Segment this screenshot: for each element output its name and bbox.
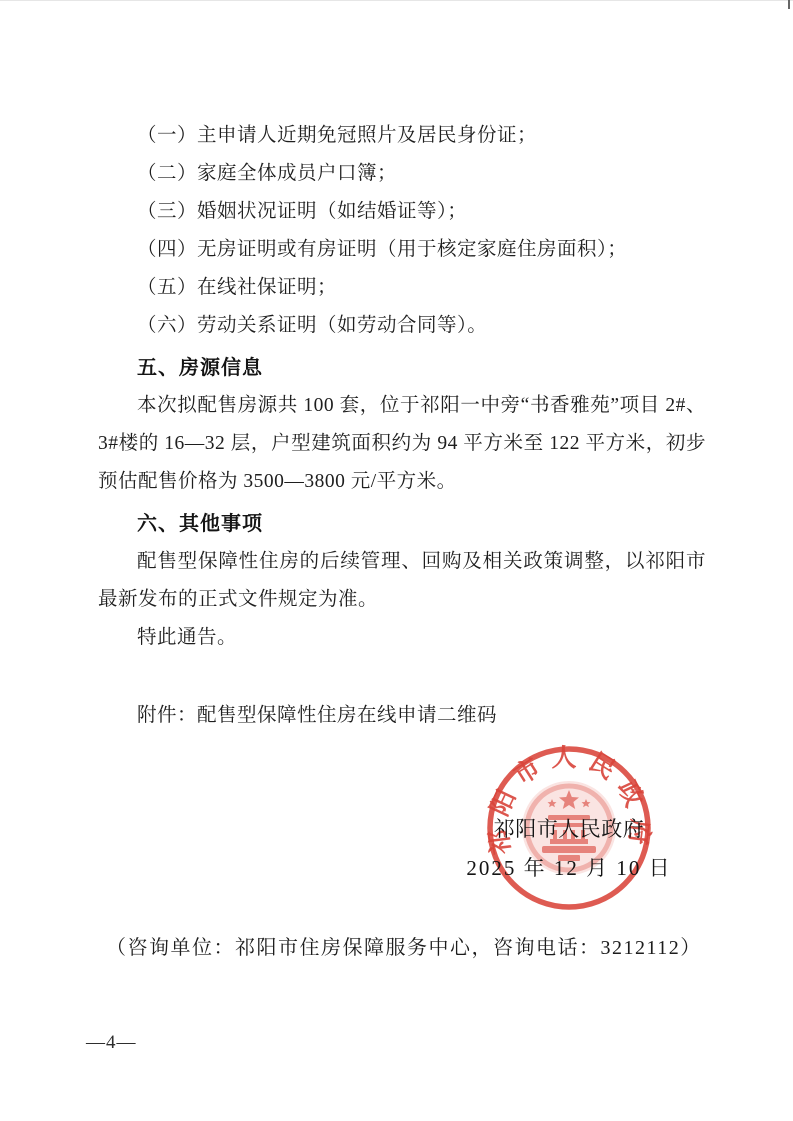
- attachment-label: 附件：配售型保障性住房在线申请二维码: [98, 697, 706, 735]
- requirement-item-3: （三）婚姻状况证明（如结婚证等）；: [98, 193, 706, 231]
- requirement-item-5: （五）在线社保证明；: [98, 269, 706, 307]
- requirement-item-1: （一）主申请人近期免冠照片及居民身份证；: [98, 117, 706, 155]
- requirement-item-4: （四）无房证明或有房证明（用于核定家庭住房面积）；: [98, 231, 706, 269]
- requirement-item-2: （二）家庭全体成员户口簿；: [98, 155, 706, 193]
- requirement-item-6: （六）劳动关系证明（如劳动合同等）。: [98, 307, 706, 345]
- official-seal: 祁阳市人民政府 祁阳市人民政府 2025 年 12 月 10 日: [484, 743, 654, 913]
- scan-artifact-corner-mark: [788, 0, 790, 9]
- page-number: —4—: [86, 1031, 137, 1055]
- document-page: （一）主申请人近期免冠照片及居民身份证； （二）家庭全体成员户口簿； （三）婚姻…: [0, 0, 793, 1121]
- scan-artifact-top-line: [0, 0, 793, 1]
- issue-date: 2025 年 12 月 10 日: [459, 855, 679, 881]
- closing-statement: 特此通告。: [98, 619, 706, 657]
- section-5-paragraph: 本次拟配售房源共 100 套，位于祁阳一中旁“书香雅苑”项目 2#、3#楼的 1…: [98, 387, 706, 501]
- section-6-heading: 六、其他事项: [98, 505, 706, 543]
- document-body: （一）主申请人近期免冠照片及居民身份证； （二）家庭全体成员户口簿； （三）婚姻…: [98, 117, 706, 735]
- section-5-heading: 五、房源信息: [98, 349, 706, 387]
- section-6-paragraph: 配售型保障性住房的后续管理、回购及相关政策调整，以祁阳市最新发布的正式文件规定为…: [98, 543, 706, 619]
- contact-info-line: （咨询单位：祁阳市住房保障服务中心，咨询电话：3212112）: [106, 933, 702, 963]
- issuer-signature: 祁阳市人民政府: [464, 816, 674, 842]
